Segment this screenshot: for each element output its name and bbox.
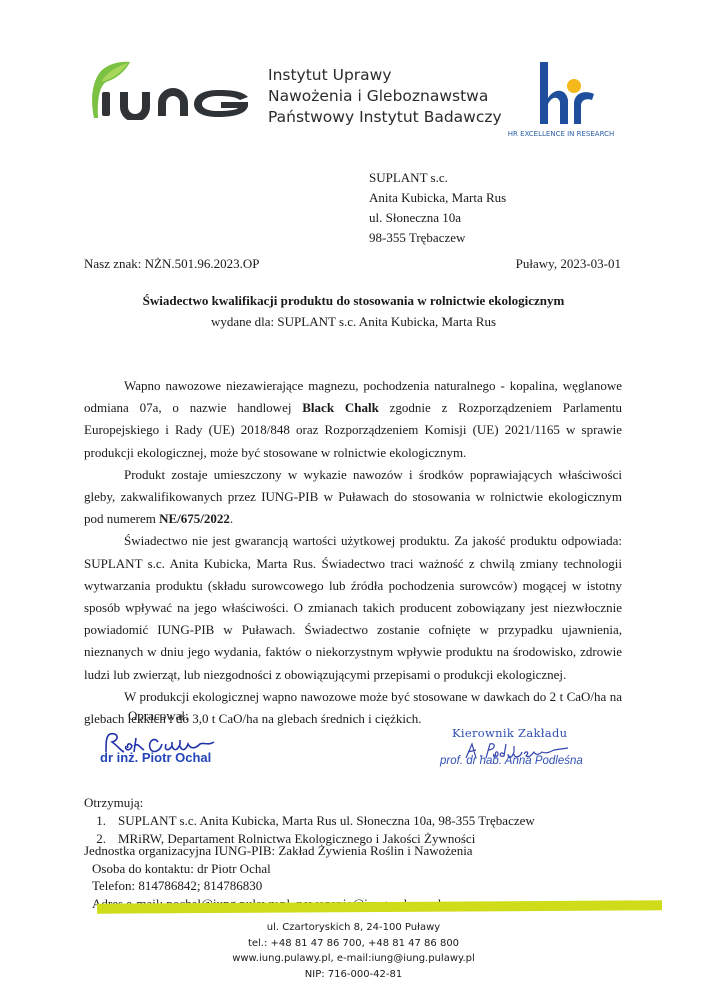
- footer-web-email: www.iung.pulawy.pl, e-mail:iung@iung.pul…: [0, 951, 707, 967]
- institute-line: Państwowy Instytut Badawczy: [268, 107, 502, 128]
- footer-divider-bar: [97, 900, 662, 913]
- footer-nip: NIP: 716-000-42-81: [0, 967, 707, 983]
- prepared-by-label: Opracował:: [128, 708, 189, 724]
- footer-phone: tel.: +48 81 47 86 700, +48 81 47 86 800: [0, 936, 707, 952]
- institute-line: Instytut Uprawy: [268, 65, 502, 86]
- prepared-by-name: dr inż. Piotr Ochal: [100, 750, 211, 765]
- footer-address: ul. Czartoryskich 8, 24-100 Puławy: [0, 920, 707, 936]
- list-number: 1.: [76, 812, 118, 830]
- institute-line: Nawożenia i Gleboznawstwa: [268, 86, 502, 107]
- recipients-label: Otrzymują:: [84, 794, 535, 812]
- recipient-item: 1.SUPLANT s.c. Anita Kubicka, Marta Rus …: [84, 812, 535, 830]
- contact-phone: Telefon: 814786842; 814786830: [84, 877, 473, 895]
- reference-number: Nasz znak: NŻN.501.96.2023.OP: [84, 256, 259, 272]
- unit-line: Jednostka organizacyjna IUNG-PIB: Zakład…: [84, 842, 473, 860]
- head-of-department-name: prof. dr hab. Anna Podleśna: [440, 755, 583, 767]
- contact-person: Osoba do kontaktu: dr Piotr Ochal: [84, 860, 473, 878]
- address-line: SUPLANT s.c.: [369, 168, 506, 188]
- product-name: Black Chalk: [302, 400, 379, 415]
- document-body: Wapno nawozowe niezawierające magnezu, p…: [84, 375, 622, 730]
- registry-number: NE/675/2022: [159, 511, 230, 526]
- iung-logo: [88, 60, 258, 120]
- address-line: 98-355 Trębaczew: [369, 228, 506, 248]
- place-date: Puławy, 2023-03-01: [516, 256, 621, 272]
- document-title: Świadectwo kwalifikacji produktu do stos…: [0, 293, 707, 309]
- body-paragraph: Wapno nawozowe niezawierające magnezu, p…: [84, 375, 622, 464]
- address-line: Anita Kubicka, Marta Rus: [369, 188, 506, 208]
- body-paragraph: Świadectwo nie jest gwarancją wartości u…: [84, 530, 622, 685]
- recipient-text: SUPLANT s.c. Anita Kubicka, Marta Rus ul…: [118, 813, 535, 828]
- institute-name: Instytut Uprawy Nawożenia i Gleboznawstw…: [268, 65, 502, 128]
- address-line: ul. Słoneczna 10a: [369, 208, 506, 228]
- body-paragraph: Produkt zostaje umieszczony w wykazie na…: [84, 464, 622, 531]
- hr-logo-caption: HR EXCELLENCE IN RESEARCH: [486, 130, 636, 138]
- text: .: [230, 511, 233, 526]
- recipient-address: SUPLANT s.c. Anita Kubicka, Marta Rus ul…: [369, 168, 506, 248]
- footer: ul. Czartoryskich 8, 24-100 Puławy tel.:…: [0, 920, 707, 982]
- recipients-list: Otrzymują: 1.SUPLANT s.c. Anita Kubicka,…: [84, 794, 535, 848]
- document-subtitle: wydane dla: SUPLANT s.c. Anita Kubicka, …: [0, 314, 707, 330]
